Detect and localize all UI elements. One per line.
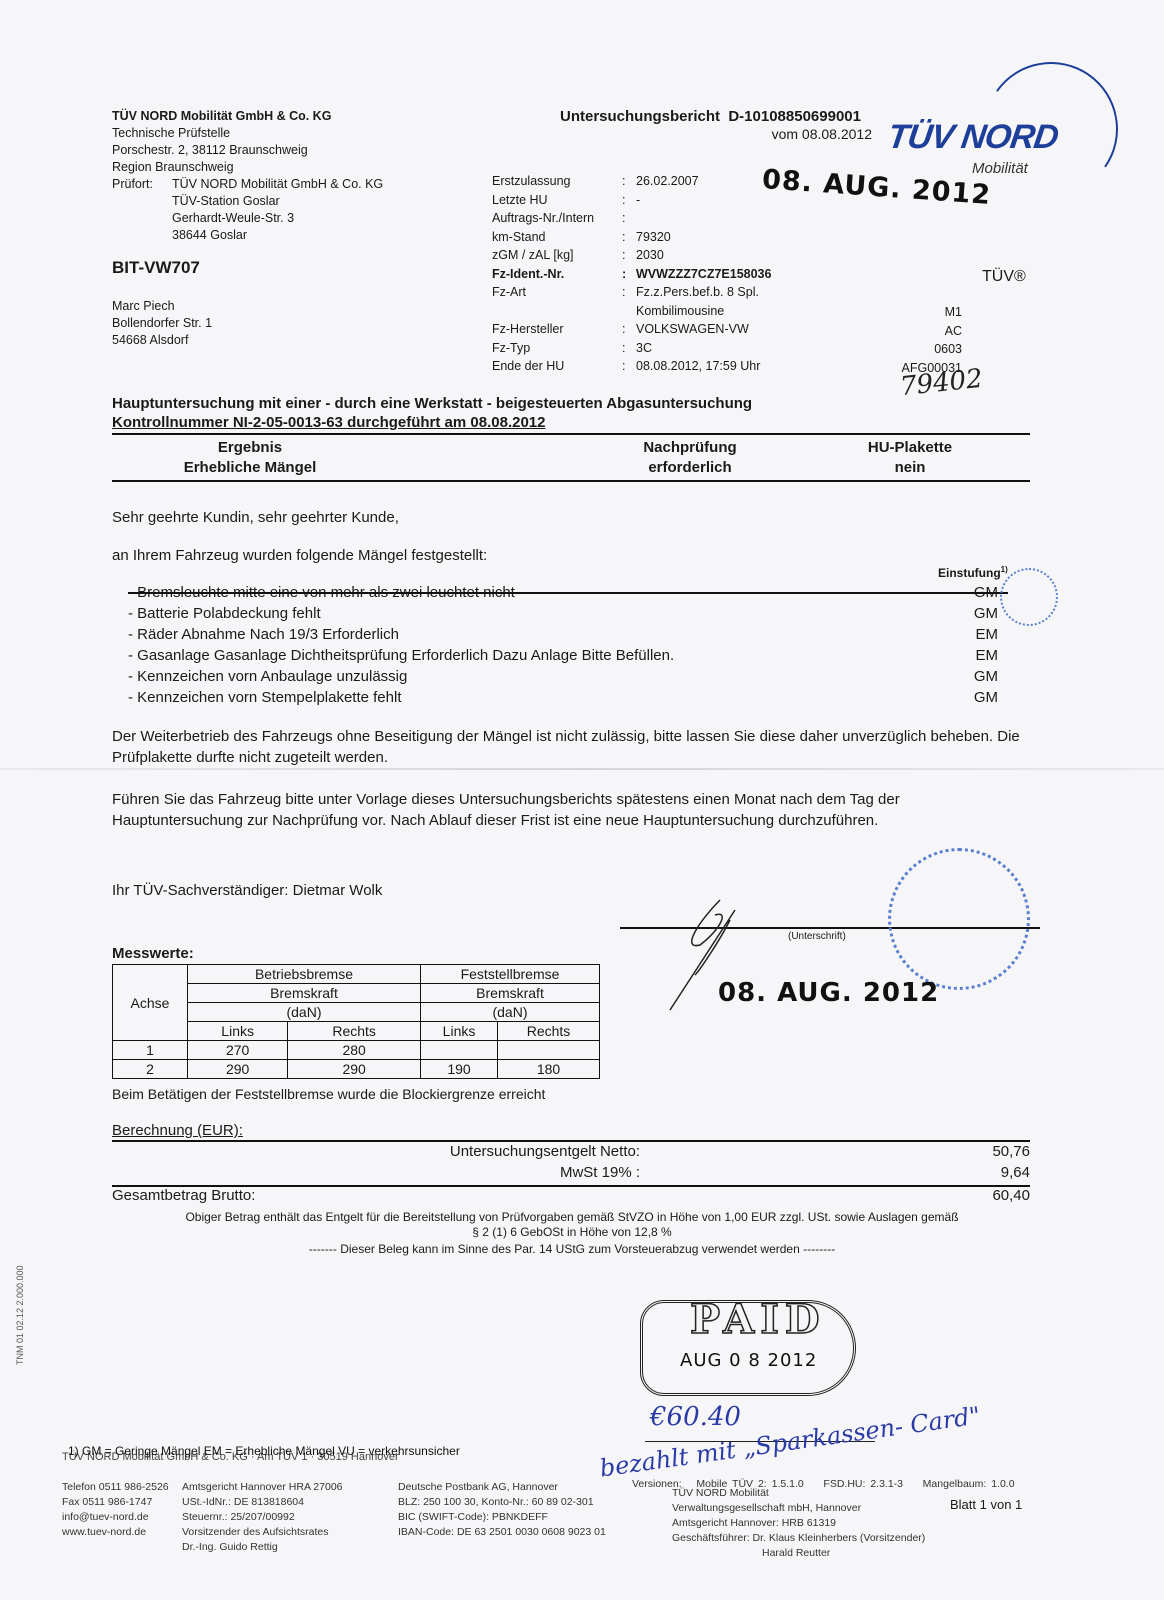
group-header: Feststellbremse: [421, 965, 600, 984]
tuv-seal-stamp: [1000, 568, 1058, 626]
defect-grade: GM: [974, 687, 998, 708]
vehicle-row: Fz-Ident.-Nr.:WVWZZZ7CZ7E158036: [492, 265, 771, 284]
colon: :: [622, 209, 636, 228]
defect-text: - Kennzeichen vorn Stempelplakette fehlt: [128, 687, 402, 708]
fee-note-2: § 2 (1) 6 GebOSt in Höhe von 12,8 %: [112, 1225, 1032, 1240]
vehicle-field-value: Kombilimousine: [636, 302, 724, 321]
footer-line: Deutsche Postbank AG, Hannover: [398, 1480, 606, 1495]
vehicle-row: Fz-Typ:3C: [492, 339, 771, 358]
recheck: Nachprüfung erforderlich: [620, 438, 760, 478]
vehicle-field-value: 26.02.2007: [636, 172, 699, 191]
footer-line: BLZ: 250 100 30, Konto-Nr.: 60 89 02-301: [398, 1495, 606, 1510]
code-item: M1: [880, 303, 962, 322]
axle-cell: 2: [113, 1060, 188, 1079]
colon: :: [622, 283, 636, 302]
sender-company: TÜV NORD Mobilität GmbH & Co. KG: [112, 108, 383, 125]
report-title: Untersuchungsbericht D-10108850699001: [560, 108, 861, 125]
divider: [112, 480, 1030, 482]
value-cell: 180: [498, 1060, 600, 1079]
vehicle-field-value: Fz.z.Pers.bef.b. 8 Spl.: [636, 283, 759, 302]
tuv-nord-logo: TÜV NORD: [885, 118, 1060, 157]
date-stamp-top: 08. AUG. 2012: [761, 164, 992, 211]
defect-item: - Bremsleuchte mitte eine von mehr als z…: [128, 582, 998, 603]
control-number: Kontrollnummer NI-2-05-0013-63 durchgefü…: [112, 414, 545, 431]
hu-sticker: HU-Plakette nein: [850, 438, 970, 478]
exam-heading: Hauptuntersuchung mit einer - durch eine…: [112, 395, 752, 412]
vehicle-field-value: 79320: [636, 228, 671, 247]
defects-list: - Bremsleuchte mitte eine von mehr als z…: [128, 582, 998, 708]
addressee-street: Bollendorfer Str. 1: [112, 315, 212, 332]
unit-header: (daN): [188, 1003, 421, 1022]
vehicle-field-label: Fz-Ident.-Nr.: [492, 265, 622, 284]
vehicle-field-label: Ende der HU: [492, 357, 622, 376]
col-header: Rechts: [498, 1022, 600, 1041]
vehicle-row: Letzte HU:-: [492, 191, 771, 210]
vehicle-row: km-Stand:79320: [492, 228, 771, 247]
colon: [622, 302, 636, 321]
paragraph-recheck: Führen Sie das Fahrzeug bitte unter Vorl…: [112, 789, 1032, 831]
paid-stamp-text: PAID: [690, 1296, 826, 1343]
form-code: TNM 01 02.12 2.000.000: [15, 1245, 25, 1365]
footer-fax: Fax 0511 986-1747: [62, 1495, 169, 1510]
sender-line: Technische Prüfstelle: [112, 125, 383, 142]
hu-sticker-label: HU-Plakette: [850, 438, 970, 458]
vehicle-row: Erstzulassung:26.02.2007: [492, 172, 771, 191]
netto-label: Untersuchungsentgelt Netto:: [380, 1143, 640, 1160]
grade-legend: 1) GM = Geringe Mängel EM = Erhebliche M…: [68, 1444, 460, 1459]
defect-grade: EM: [976, 645, 999, 666]
defect-grade: EM: [976, 624, 999, 645]
tuv-registered-mark: TÜV®: [982, 268, 1026, 286]
footer-contact: Telefon 0511 986-2526 Fax 0511 986-1747 …: [62, 1480, 169, 1540]
vehicle-row: Auftrags-Nr./Intern:: [492, 209, 771, 228]
vehicle-field-value: 2030: [636, 246, 664, 265]
fee-note: Obiger Betrag enthält das Entgelt für di…: [112, 1210, 1032, 1225]
unit-header: (daN): [421, 1003, 600, 1022]
prufort: Prüfort: TÜV NORD Mobilität GmbH & Co. K…: [112, 176, 383, 244]
colon: :: [622, 172, 636, 191]
handwritten-amount: €60.40: [650, 1402, 741, 1432]
footer-email[interactable]: info@tuev-nord.de: [62, 1510, 169, 1525]
result-value: Erhebliche Mängel: [170, 458, 330, 478]
col-header: Rechts: [288, 1022, 421, 1041]
vehicle-field-label: Fz-Typ: [492, 339, 622, 358]
footer-line: Dr.-Ing. Guido Rettig: [182, 1540, 343, 1555]
recheck-value: erforderlich: [620, 458, 760, 478]
vehicle-data: Erstzulassung:26.02.2007Letzte HU:-Auftr…: [492, 172, 771, 376]
measurements-title: Messwerte:: [112, 945, 194, 962]
vehicle-field-label: km-Stand: [492, 228, 622, 247]
vehicle-field-label: Auftrags-Nr./Intern: [492, 209, 622, 228]
license-plate: BIT-VW707: [112, 258, 200, 278]
footer-management: TÜV NORD Mobilität Verwaltungsgesellscha…: [672, 1486, 925, 1561]
table-row: 2 290 290 190 180: [113, 1060, 600, 1079]
hu-sticker-value: nein: [850, 458, 970, 478]
vehicle-row: Fz-Hersteller:VOLKSWAGEN-VW: [492, 320, 771, 339]
footnote-ref: 1): [1001, 565, 1008, 574]
paper-fold: [0, 768, 1164, 770]
vehicle-row: Ende der HU:08.08.2012, 17:59 Uhr: [492, 357, 771, 376]
vehicle-field-label: Erstzulassung: [492, 172, 622, 191]
addressee: Marc Piech Bollendorfer Str. 1 54668 Als…: [112, 298, 212, 349]
result-label: Ergebnis: [170, 438, 330, 458]
defect-item: - Batterie Polabdeckung fehltGM: [128, 603, 998, 624]
vehicle-row: Fz-Art:Fz.z.Pers.bef.b. 8 Spl.: [492, 283, 771, 302]
vehicle-codes: M1 AC 0603 AFG00031: [880, 303, 962, 377]
footer-register: Amtsgericht Hannover HRA 27006 USt.-IdNr…: [182, 1480, 343, 1555]
prufort-line: Gerhardt-Weule-Str. 3: [172, 210, 383, 227]
footer-website[interactable]: www.tuev-nord.de: [62, 1525, 169, 1540]
netto-value: 50,76: [900, 1143, 1030, 1160]
sub-header: Bremskraft: [188, 984, 421, 1003]
col-header: Links: [421, 1022, 498, 1041]
defect-text: - Gasanlage Gasanlage Dichtheitsprüfung …: [128, 645, 674, 666]
vehicle-row: Kombilimousine: [492, 302, 771, 321]
signature-label: (Unterschrift): [788, 931, 846, 942]
date-stamp-mid: 08. AUG. 2012: [718, 978, 939, 1008]
gross-label: Gesamtbetrag Brutto:: [112, 1187, 255, 1204]
salutation: Sehr geehrte Kundin, sehr geehrter Kunde…: [112, 507, 1032, 528]
defect-item: - Kennzeichen vorn Anbaulage unzulässigG…: [128, 666, 998, 687]
prufort-line: 38644 Goslar: [172, 227, 383, 244]
defect-text: - Räder Abnahme Nach 19/3 Erforderlich: [128, 624, 399, 645]
einstufung-label: Einstufung1): [938, 565, 1008, 580]
sender-block: TÜV NORD Mobilität GmbH & Co. KG Technis…: [112, 108, 383, 244]
footer-line: Harald Reutter: [672, 1546, 925, 1561]
footer-line: Amtsgericht Hannover HRA 27006: [182, 1480, 343, 1495]
footer-line: IBAN-Code: DE 63 2501 0030 0608 9023 01: [398, 1525, 606, 1540]
col-header: Links: [188, 1022, 288, 1041]
addressee-city: 54668 Alsdorf: [112, 332, 212, 349]
result: Ergebnis Erhebliche Mängel: [170, 438, 330, 478]
einstufung-text: Einstufung: [938, 566, 1001, 580]
logo-subtitle: Mobilität: [972, 160, 1028, 177]
defect-item: - Kennzeichen vorn Stempelplakette fehlt…: [128, 687, 998, 708]
vehicle-row: zGM / zAL [kg]:2030: [492, 246, 771, 265]
sender-line: Region Braunschweig: [112, 159, 383, 176]
gross-value: 60,40: [900, 1187, 1030, 1204]
value-cell: [421, 1041, 498, 1060]
report-date: vom 08.08.2012: [700, 126, 872, 142]
value-cell: 280: [288, 1041, 421, 1060]
footer-line: Verwaltungsgesellschaft mbH, Hannover: [672, 1501, 925, 1516]
vehicle-field-value: 3C: [636, 339, 652, 358]
defect-text: - Batterie Polabdeckung fehlt: [128, 603, 321, 624]
official-round-stamp: [888, 848, 1030, 990]
page-number: Blatt 1 von 1: [950, 1497, 1022, 1512]
colon: :: [622, 265, 636, 284]
colon: :: [622, 357, 636, 376]
vehicle-field-value: -: [636, 191, 640, 210]
defect-text: - Bremsleuchte mitte eine von mehr als z…: [128, 582, 515, 603]
prufort-label: Prüfort:: [112, 176, 172, 244]
sub-header: Bremskraft: [421, 984, 600, 1003]
defect-grade: GM: [974, 666, 998, 687]
tax-note: ------- Dieser Beleg kann im Sinne des P…: [112, 1242, 1032, 1257]
defect-item: - Gasanlage Gasanlage Dichtheitsprüfung …: [128, 645, 998, 666]
defect-text: - Kennzeichen vorn Anbaulage unzulässig: [128, 666, 407, 687]
colon: :: [622, 246, 636, 265]
paid-stamp-date: AUG 0 8 2012: [680, 1350, 817, 1371]
colon: :: [622, 191, 636, 210]
colon: :: [622, 320, 636, 339]
vehicle-field-label: [492, 302, 622, 321]
vehicle-field-value: 08.08.2012, 17:59 Uhr: [636, 357, 760, 376]
axle-header: Achse: [113, 965, 188, 1041]
group-header: Betriebsbremse: [188, 965, 421, 984]
vehicle-field-label: Fz-Hersteller: [492, 320, 622, 339]
sender-line: Porschestr. 2, 38112 Braunschweig: [112, 142, 383, 159]
axle-cell: 1: [113, 1041, 188, 1060]
defect-item: - Räder Abnahme Nach 19/3 ErforderlichEM: [128, 624, 998, 645]
value-cell: 270: [188, 1041, 288, 1060]
calculation-title: Berechnung (EUR):: [112, 1122, 243, 1139]
prufort-line: TÜV-Station Goslar: [172, 193, 383, 210]
divider: [112, 1140, 1030, 1142]
vehicle-field-label: Fz-Art: [492, 283, 622, 302]
addressee-name: Marc Piech: [112, 298, 212, 315]
value-cell: 190: [421, 1060, 498, 1079]
footer-line: Steuernr.: 25/207/00992: [182, 1510, 343, 1525]
footer-line: BIC (SWIFT-Code): PBNKDEFF: [398, 1510, 606, 1525]
footer-line: Vorsitzender des Aufsichtsrates: [182, 1525, 343, 1540]
vehicle-field-label: zGM / zAL [kg]: [492, 246, 622, 265]
colon: :: [622, 228, 636, 247]
defects-intro: an Ihrem Fahrzeug wurden folgende Mängel…: [112, 545, 1032, 566]
colon: :: [622, 339, 636, 358]
footer-line: TÜV NORD Mobilität: [672, 1486, 925, 1501]
vehicle-field-label: Letzte HU: [492, 191, 622, 210]
code-item: 0603: [880, 340, 962, 359]
value-cell: [498, 1041, 600, 1060]
footer-line: USt.-IdNr.: DE 813818604: [182, 1495, 343, 1510]
defect-grade: GM: [974, 582, 998, 603]
measurement-note: Beim Betätigen der Feststellbremse wurde…: [112, 1086, 545, 1102]
paragraph-operation: Der Weiterbetrieb des Fahrzeugs ohne Bes…: [112, 726, 1032, 768]
recheck-label: Nachprüfung: [620, 438, 760, 458]
brake-measurements-table: Achse Betriebsbremse Feststellbremse Bre…: [112, 964, 600, 1079]
vat-value: 9,64: [900, 1164, 1030, 1181]
footer-bank: Deutsche Postbank AG, Hannover BLZ: 250 …: [398, 1480, 606, 1540]
footer-line: Geschäftsführer: Dr. Klaus Kleinherbers …: [672, 1531, 925, 1546]
divider: [112, 433, 1030, 435]
value-cell: 290: [288, 1060, 421, 1079]
vehicle-field-value: WVWZZZ7CZ7E158036: [636, 265, 771, 284]
vehicle-field-value: VOLKSWAGEN-VW: [636, 320, 749, 339]
prufort-line: TÜV NORD Mobilität GmbH & Co. KG: [172, 176, 383, 193]
footer-phone: Telefon 0511 986-2526: [62, 1480, 169, 1495]
defect-grade: GM: [974, 603, 998, 624]
vat-label: MwSt 19% :: [380, 1164, 640, 1181]
footer-line: Amtsgericht Hannover: HRB 61319: [672, 1516, 925, 1531]
value-cell: 290: [188, 1060, 288, 1079]
table-row: 1 270 280: [113, 1041, 600, 1060]
code-item: AC: [880, 322, 962, 341]
